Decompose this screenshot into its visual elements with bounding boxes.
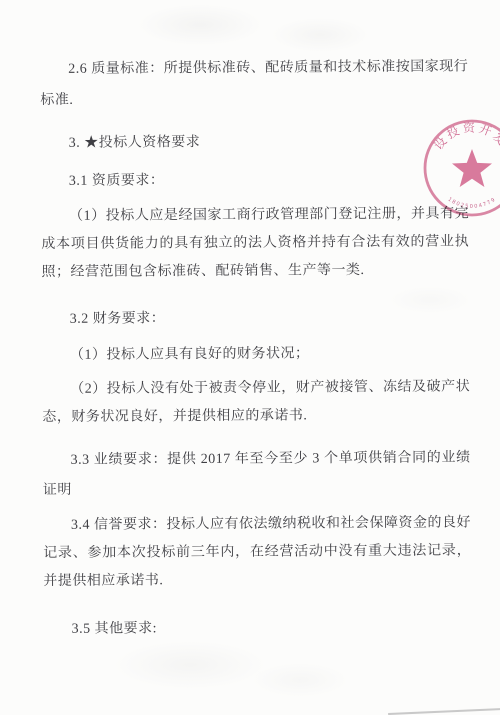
heading-3-5-other: 3.5 其他要求: <box>44 613 472 644</box>
company-seal-stamp: 设投资开发有限公 18025004779 <box>408 104 500 234</box>
seal-arc-text-main: 设投资开发 <box>431 119 500 152</box>
heading-3-bidder-qualification: 3. ★投标人资格要求 <box>41 127 469 158</box>
paragraph-3-3-performance: 3.3 业绩要求：提供 2017 年至今至少 3 个单项供销合同的业绩证明 <box>43 443 471 506</box>
scanned-document-page: 2.6 质量标准：所提供标准砖、配砖质量和技术标准按国家现行标准. 3. ★投标… <box>0 0 500 715</box>
heading-3-1-qualification: 3.1 资质要求： <box>41 165 469 196</box>
paragraph-2-6-quality-standard: 2.6 质量标准：所提供标准砖、配砖质量和技术标准按国家现行标准. <box>40 51 468 116</box>
heading-3-2-financial: 3.2 财务要求： <box>42 303 470 334</box>
paragraph-3-4-reputation: 3.4 信誉要求：投标人应有依法缴纳税收和社会保障资金的良好记录、参加本次投标前… <box>43 509 472 596</box>
paragraph-3-2-item-2: （2）投标人没有处于被责令停业，财产被接管、冻结及破产状态，财务状况良好，并提供… <box>42 373 470 432</box>
paragraph-3-2-item-1: （1）投标人应具有良好的财务状况； <box>42 339 470 370</box>
svg-text:18025004779: 18025004779 <box>447 197 498 210</box>
seal-serial-number: 18025004779 <box>447 197 498 210</box>
seal-star-icon <box>452 149 492 187</box>
paragraph-3-1-item-1: （1）投标人应是经国家工商行政管理部门登记注册，并具有完成本项目供货能力的具有独… <box>41 200 470 287</box>
